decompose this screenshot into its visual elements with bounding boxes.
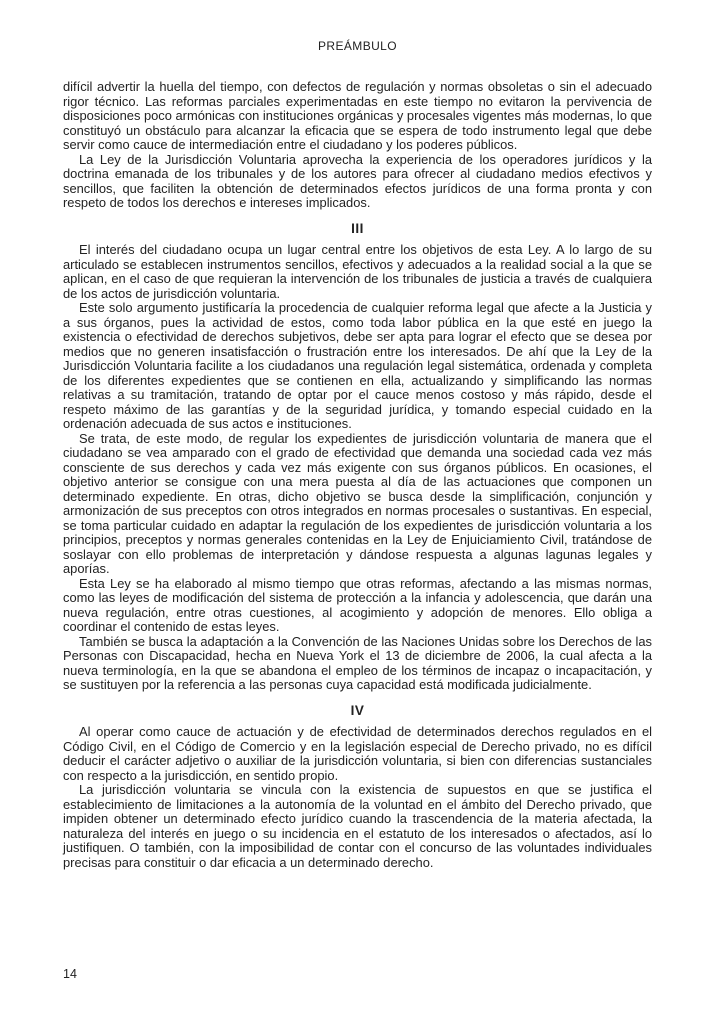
section-heading-iv: IV [63, 704, 652, 719]
paragraph: La Ley de la Jurisdicción Voluntaria apr… [63, 153, 652, 211]
document-body: difícil advertir la huella del tiempo, c… [63, 80, 652, 870]
paragraph: También se busca la adaptación a la Conv… [63, 635, 652, 693]
paragraph: Este solo argumento justificaría la proc… [63, 301, 652, 432]
paragraph: difícil advertir la huella del tiempo, c… [63, 80, 652, 153]
paragraph: Esta Ley se ha elaborado al mismo tiempo… [63, 577, 652, 635]
document-page: PREÁMBULO difícil advertir la huella del… [0, 0, 714, 1011]
page-header: PREÁMBULO [63, 40, 652, 52]
paragraph: Se trata, de este modo, de regular los e… [63, 432, 652, 577]
paragraph: La jurisdicción voluntaria se vincula co… [63, 783, 652, 870]
page-number: 14 [63, 968, 77, 981]
paragraph: El interés del ciudadano ocupa un lugar … [63, 243, 652, 301]
paragraph: Al operar como cauce de actuación y de e… [63, 725, 652, 783]
section-heading-iii: III [63, 222, 652, 237]
